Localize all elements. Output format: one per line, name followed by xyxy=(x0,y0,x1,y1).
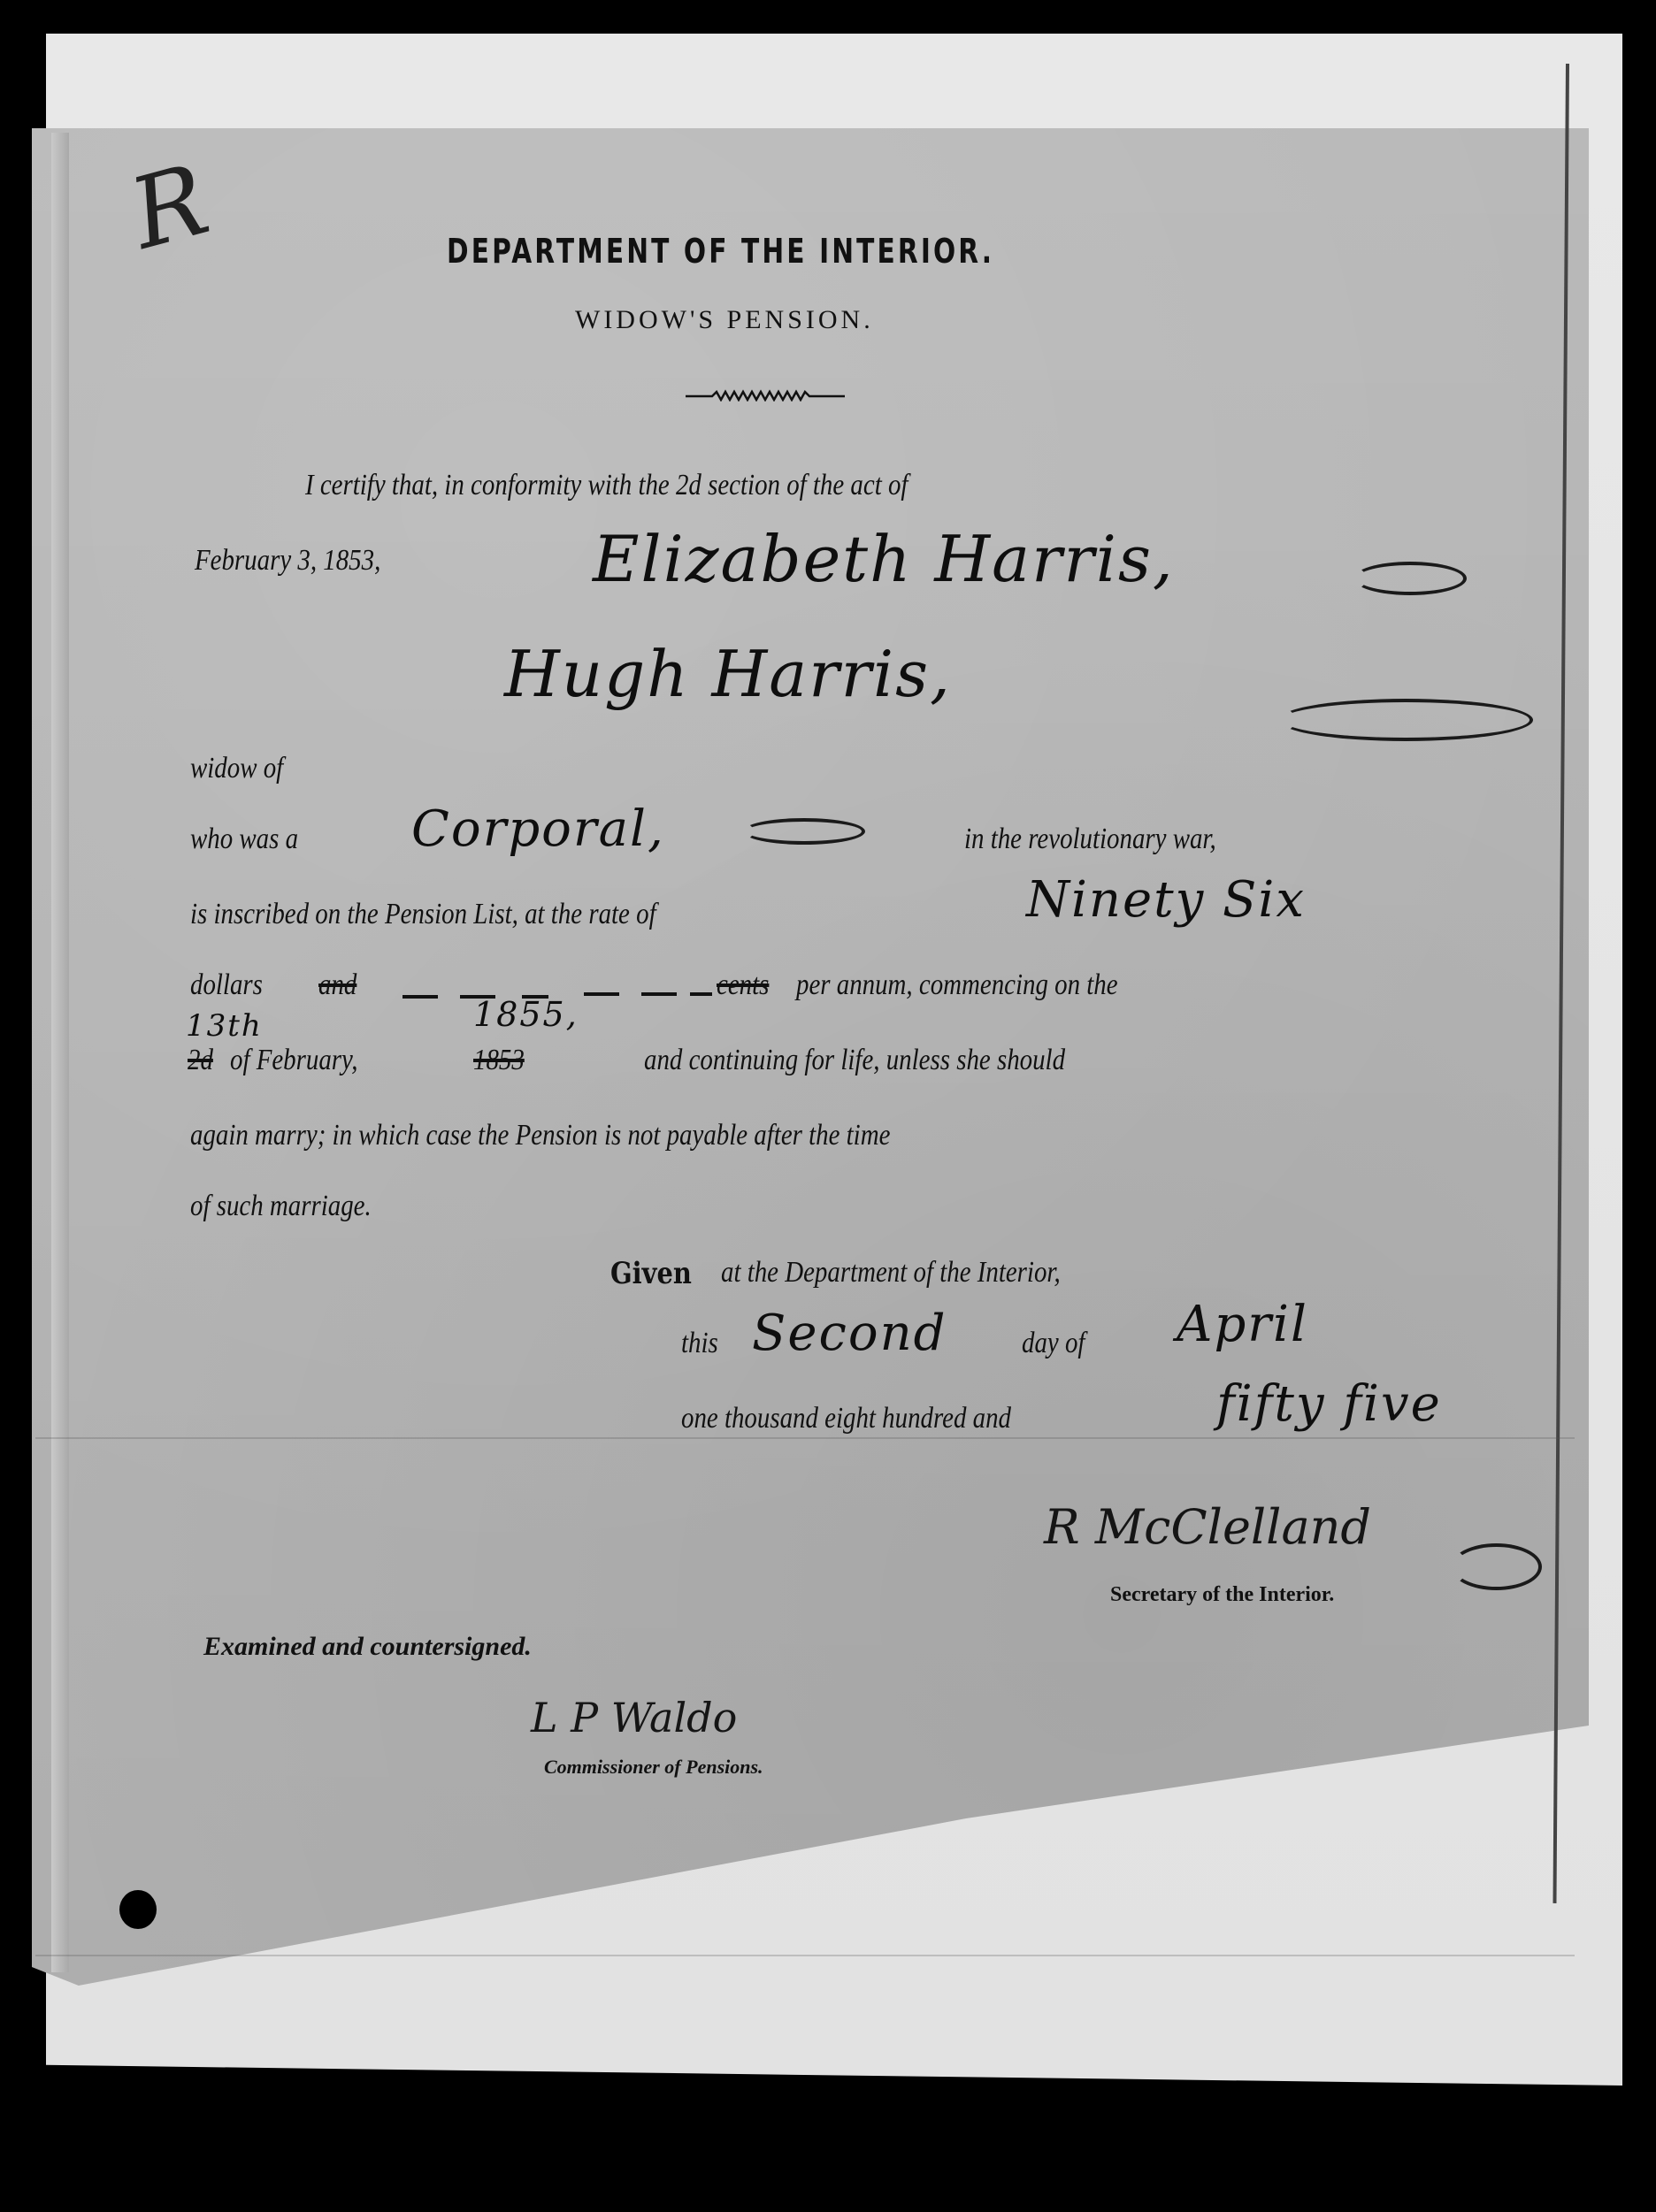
and-struck-text: and xyxy=(318,968,356,1002)
given-word: Given xyxy=(610,1256,692,1291)
rank: Corporal, xyxy=(411,800,665,858)
dollars-label: dollars xyxy=(190,968,263,1002)
fold-crease xyxy=(35,1955,1575,1956)
pension-rate-amount: Ninety Six xyxy=(1026,871,1306,929)
widow-name: Elizabeth Harris, xyxy=(593,522,1175,596)
per-annum-text: per annum, commencing on the xyxy=(796,968,1118,1002)
again-marry-text: again marry; in which case the Pension i… xyxy=(190,1119,890,1152)
cents-struck-text: cents xyxy=(717,968,769,1002)
signature-flourish xyxy=(1451,1543,1542,1590)
this-label: this xyxy=(681,1327,718,1360)
war-text: in the revolutionary war, xyxy=(964,823,1216,856)
year-written: fifty five xyxy=(1216,1375,1442,1433)
year-struck-text: 1853 xyxy=(473,1044,525,1077)
left-page-fold xyxy=(51,133,69,1972)
month-written: April xyxy=(1177,1296,1308,1353)
flourish-line xyxy=(1353,562,1467,595)
such-marriage-text: of such marriage. xyxy=(190,1190,372,1223)
continuing-text: and continuing for life, unless she shou… xyxy=(644,1044,1065,1077)
year-correction: 1855, xyxy=(473,995,579,1034)
blank-dash xyxy=(584,992,619,996)
commissioner-signature: L P Waldo xyxy=(531,1694,737,1741)
day-correction: 13th xyxy=(186,1008,263,1044)
blank-dash xyxy=(402,995,438,999)
widow-of-label: widow of xyxy=(190,752,283,785)
secretary-title: Secretary of the Interior. xyxy=(1110,1583,1334,1607)
certify-text: I certify that, in conformity with the 2… xyxy=(305,469,908,502)
inscribed-text: is inscribed on the Pension List, at the… xyxy=(190,898,656,931)
given-at-text: at the Department of the Interior, xyxy=(721,1256,1061,1290)
of-february-text: of February, xyxy=(230,1044,357,1077)
flourish-line xyxy=(743,818,865,845)
day-written: Second xyxy=(752,1305,947,1362)
who-was-a-label: who was a xyxy=(190,823,298,856)
blank-dash xyxy=(641,992,677,996)
secretary-signature: R McClelland xyxy=(1044,1499,1371,1555)
punch-hole xyxy=(119,1890,157,1929)
husband-name: Hugh Harris, xyxy=(504,637,952,711)
year-printed-text: one thousand eight hundred and xyxy=(681,1402,1011,1435)
day-of-label: day of xyxy=(1022,1327,1085,1360)
decorative-wavy-rule xyxy=(686,389,845,402)
fold-crease xyxy=(35,1437,1575,1439)
examined-text: Examined and countersigned. xyxy=(203,1632,532,1662)
day-struck-text: 2d xyxy=(188,1044,213,1077)
blank-dash xyxy=(690,992,712,996)
document-subtitle: WIDOW'S PENSION. xyxy=(575,305,874,335)
act-date-text: February 3, 1853, xyxy=(195,544,380,578)
commissioner-title: Commissioner of Pensions. xyxy=(544,1756,763,1779)
department-title: DEPARTMENT OF THE INTERIOR. xyxy=(447,232,994,271)
flourish-line xyxy=(1278,699,1533,741)
